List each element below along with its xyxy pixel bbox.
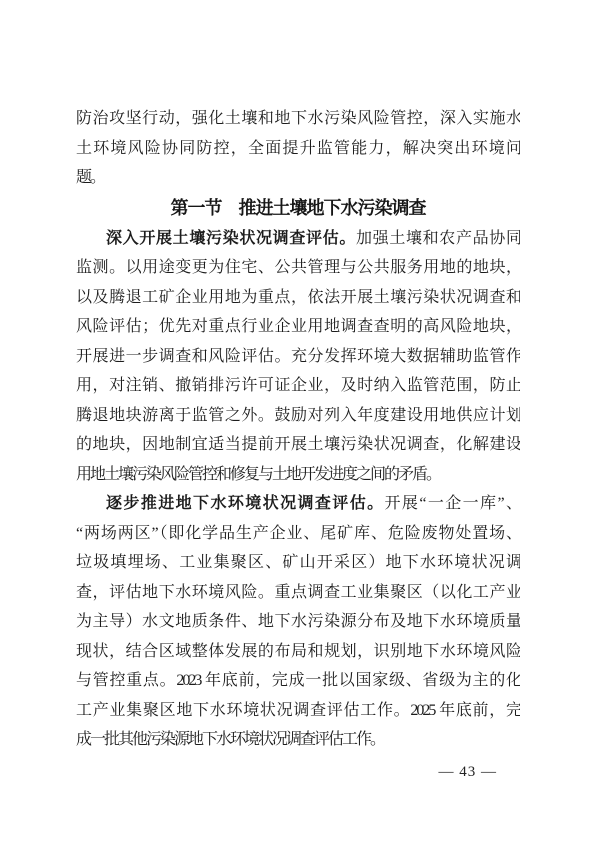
para2-line: 查，评估地下水环境风险。重点调查工业集聚区（以化工产业 [76, 578, 520, 608]
intro-line: 题。 [76, 163, 520, 193]
para2-line: 成一批其他污染源地下水环境状况调查评估工作。 [76, 725, 520, 755]
para1-line: 腾退地块游离于监管之外。鼓励对列入年度建设用地供应计划 [76, 401, 520, 431]
para2-line: “两场两区”（即化学品生产企业、尾矿库、危险废物处置场、 [76, 519, 520, 549]
section-heading: 第一节 推进土壤地下水污染调查 [76, 193, 520, 224]
para2-line: 与管控重点。2023 年底前，完成一批以国家级、省级为主的化 [76, 666, 520, 696]
para1-lead-bold: 深入开展土壤污染状况调查评估。 [106, 230, 356, 247]
para2-line: 现状，结合区域整体发展的布局和规划，识别地下水环境风险 [76, 637, 520, 667]
para1-line: 风险评估；优先对重点行业企业用地调查查明的高风险地块， [76, 312, 520, 342]
para2-line: 为主导）水文地质条件、地下水污染源分布及地下水环境质量 [76, 607, 520, 637]
para1-line: 用地土壤污染风险管控和修复与土地开发进度之间的矛盾。 [76, 460, 520, 490]
para2-lead-bold: 逐步推进地下水环境状况调查评估。 [106, 495, 385, 512]
para2-first-line: 逐步推进地下水环境状况调查评估。开展“一企一库”、 [76, 489, 520, 519]
para2-line: 工产业集聚区地下水环境状况调查评估工作。2025 年底前，完 [76, 696, 520, 726]
intro-line: 防治攻坚行动，强化土壤和地下水污染风险管控，深入实施水 [76, 104, 520, 134]
para1-first-line: 深入开展土壤污染状况调查评估。加强土壤和农产品协同 [76, 224, 520, 254]
para1-line: 以及腾退工矿企业用地为重点，依法开展土壤污染状况调查和 [76, 283, 520, 313]
para1-line: 用，对注销、撤销排污许可证企业，及时纳入监管范围，防止 [76, 371, 520, 401]
page-content: 防治攻坚行动，强化土壤和地下水污染风险管控，深入实施水 土环境风险协同防控，全面… [76, 104, 520, 755]
para1-lead-rest: 加强土壤和农产品协同 [356, 230, 520, 247]
para1-line: 开展进一步调查和风险评估。充分发挥环境大数据辅助监管作 [76, 342, 520, 372]
intro-line: 土环境风险协同防控，全面提升监管能力，解决突出环境问 [76, 134, 520, 164]
para1-line: 的地块，因地制宜适当提前开展土壤污染状况调查，化解建设 [76, 430, 520, 460]
para1-line: 监测。以用途变更为住宅、公共管理与公共服务用地的地块， [76, 253, 520, 283]
page-number: — 43 — [439, 762, 498, 782]
para2-lead-rest: 开展“一企一库”、 [385, 495, 520, 512]
para2-line: 垃圾填埋场、工业集聚区、矿山开采区）地下水环境状况调 [76, 548, 520, 578]
